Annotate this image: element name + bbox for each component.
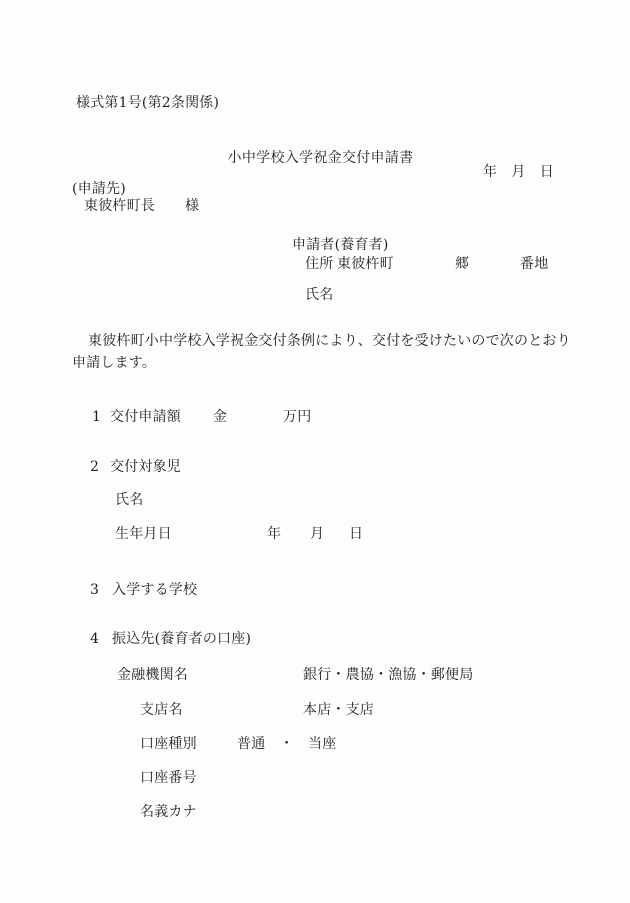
item1-unit: 万円 (283, 409, 311, 425)
applicant-name-label: 氏名 (305, 287, 333, 303)
branch-name-label: 支店名 (140, 702, 183, 718)
item2-number: 2 (90, 459, 99, 475)
address-town: 東彼杵町 (337, 256, 394, 272)
item2-birthdate-label: 生年月日 (115, 526, 172, 542)
account-number-label: 口座番号 (140, 770, 197, 786)
account-name-kana-label: 名義カナ (140, 804, 197, 820)
item1-label: 交付申請額 (110, 409, 181, 425)
body-text-line2: 申請します。 (72, 355, 156, 371)
account-type-label: 口座種別 (140, 736, 197, 752)
item2-name-label: 氏名 (115, 492, 143, 508)
recipient-label: (申請先) (72, 181, 126, 197)
item2-label: 交付対象児 (110, 459, 181, 475)
application-form-page: 様式第1号(第2条関係) 小中学校入学祝金交付申請書 年 月 日 (申請先) 東… (0, 0, 630, 903)
item2-month-label: 月 (310, 526, 324, 542)
address-go-suffix: 郷 (455, 256, 469, 272)
account-type-options: 普通 ・ 当座 (237, 736, 336, 752)
item1-currency-prefix: 金 (213, 409, 227, 425)
item2-year-label: 年 (267, 526, 281, 542)
bank-name-label: 金融機関名 (117, 667, 188, 683)
item4-number: 4 (90, 631, 99, 647)
item2-day-label: 日 (349, 526, 363, 542)
item4-label: 振込先(養育者の口座) (112, 631, 251, 647)
form-number-label: 様式第1号(第2条関係) (76, 95, 219, 111)
date-line: 年 月 日 (483, 164, 554, 180)
recipient-name: 東彼杵町長 (84, 198, 155, 214)
item3-number: 3 (90, 582, 99, 598)
branch-type-options: 本店・支店 (303, 702, 374, 718)
item3-label: 入学する学校 (112, 582, 197, 598)
address-label: 住所 (305, 256, 333, 272)
body-text-line1: 東彼杵町小中学校入学祝金交付条例により、交付を受けたいので次のとおり (88, 333, 571, 349)
item1-number: 1 (92, 409, 101, 425)
address-banchi-suffix: 番地 (520, 256, 548, 272)
document-title-text: 小中学校入学祝金交付申請書 (228, 150, 414, 166)
recipient-honorific: 様 (185, 198, 199, 214)
bank-type-options: 銀行・農協・漁協・郵便局 (303, 667, 473, 683)
applicant-heading: 申請者(養育者) (292, 237, 389, 253)
